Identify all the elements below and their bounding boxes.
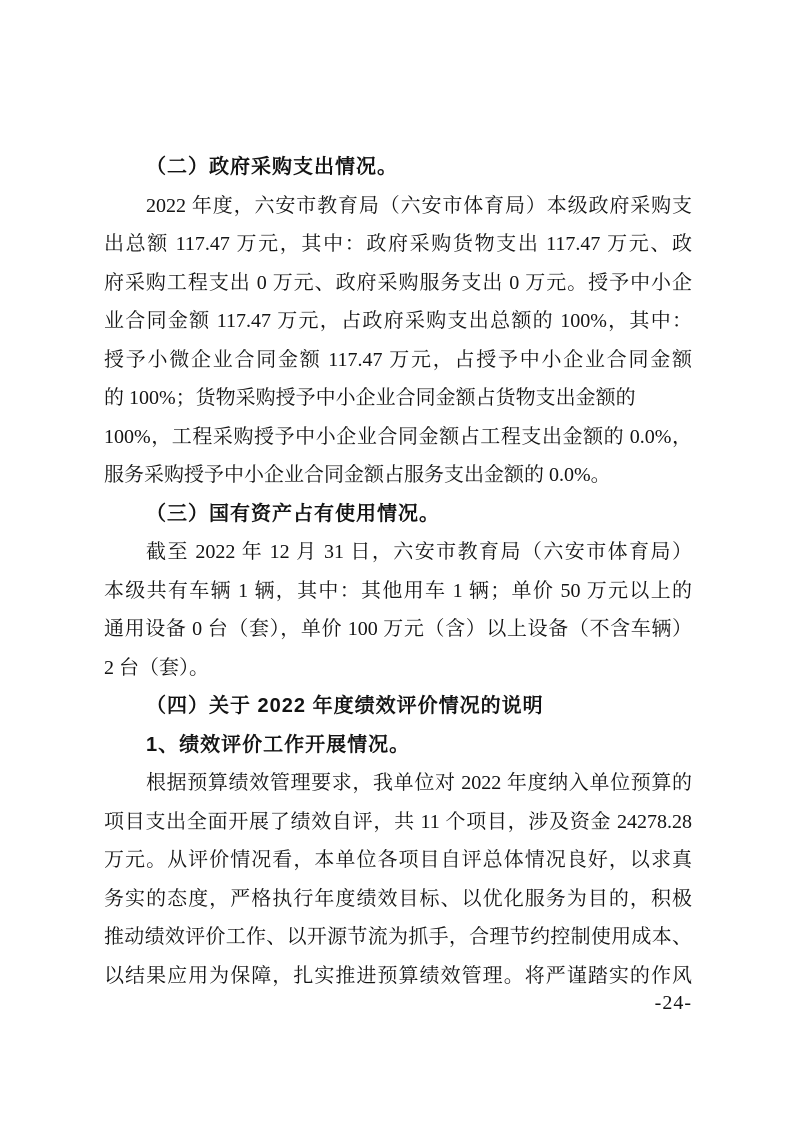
body-line: 授予小微企业合同金额 117.47 万元，占授予中小企业合同金额 xyxy=(104,341,692,380)
document-page: （二）政府采购支出情况。 2022 年度，六安市教育局（六安市体育局）本级政府采… xyxy=(0,0,793,1122)
body-line: 通用设备 0 台（套），单价 100 万元（含）以上设备（不含车辆） xyxy=(104,610,692,649)
body-line: 100%，工程采购授予中小企业合同金额占工程支出金额的 0.0%， xyxy=(104,418,692,457)
body-line: 服务采购授予中小企业合同金额占服务支出金额的 0.0%。 xyxy=(104,456,692,495)
document-content: （二）政府采购支出情况。 2022 年度，六安市教育局（六安市体育局）本级政府采… xyxy=(104,148,692,995)
body-line: 推动绩效评价工作、以开源节流为抓手，合理节约控制使用成本、 xyxy=(104,918,692,957)
body-line: 本级共有车辆 1 辆，其中：其他用车 1 辆；单价 50 万元以上的 xyxy=(104,572,692,611)
body-line: 2 台（套）。 xyxy=(104,649,692,688)
body-line: 业合同金额 117.47 万元，占政府采购支出总额的 100%，其中： xyxy=(104,302,692,341)
body-line: 的 100%；货物采购授予中小企业合同金额占货物支出金额的 xyxy=(104,379,692,418)
body-line: 务实的态度，严格执行年度绩效目标、以优化服务为目的，积极 xyxy=(104,880,692,919)
body-line: 以结果应用为保障，扎实推进预算绩效管理。将严谨踏实的作风 xyxy=(104,957,692,996)
section-heading: （四）关于 2022 年度绩效评价情况的说明 xyxy=(104,687,692,726)
body-line: 府采购工程支出 0 万元、政府采购服务支出 0 万元。授予中小企 xyxy=(104,264,692,303)
body-line: 出总额 117.47 万元，其中：政府采购货物支出 117.47 万元、政 xyxy=(104,225,692,264)
body-line: 截至 2022 年 12 月 31 日，六安市教育局（六安市体育局） xyxy=(104,533,692,572)
subsection-heading: 1、绩效评价工作开展情况。 xyxy=(104,726,692,765)
section-heading: （三）国有资产占有使用情况。 xyxy=(104,495,692,534)
body-line: 万元。从评价情况看，本单位各项目自评总体情况良好，以求真 xyxy=(104,841,692,880)
body-line: 2022 年度，六安市教育局（六安市体育局）本级政府采购支 xyxy=(104,187,692,226)
body-line: 根据预算绩效管理要求，我单位对 2022 年度纳入单位预算的 xyxy=(104,764,692,803)
body-line: 项目支出全面开展了绩效自评，共 11 个项目，涉及资金 24278.28 xyxy=(104,803,692,842)
page-number: -24- xyxy=(104,991,692,1015)
section-heading: （二）政府采购支出情况。 xyxy=(104,148,692,187)
